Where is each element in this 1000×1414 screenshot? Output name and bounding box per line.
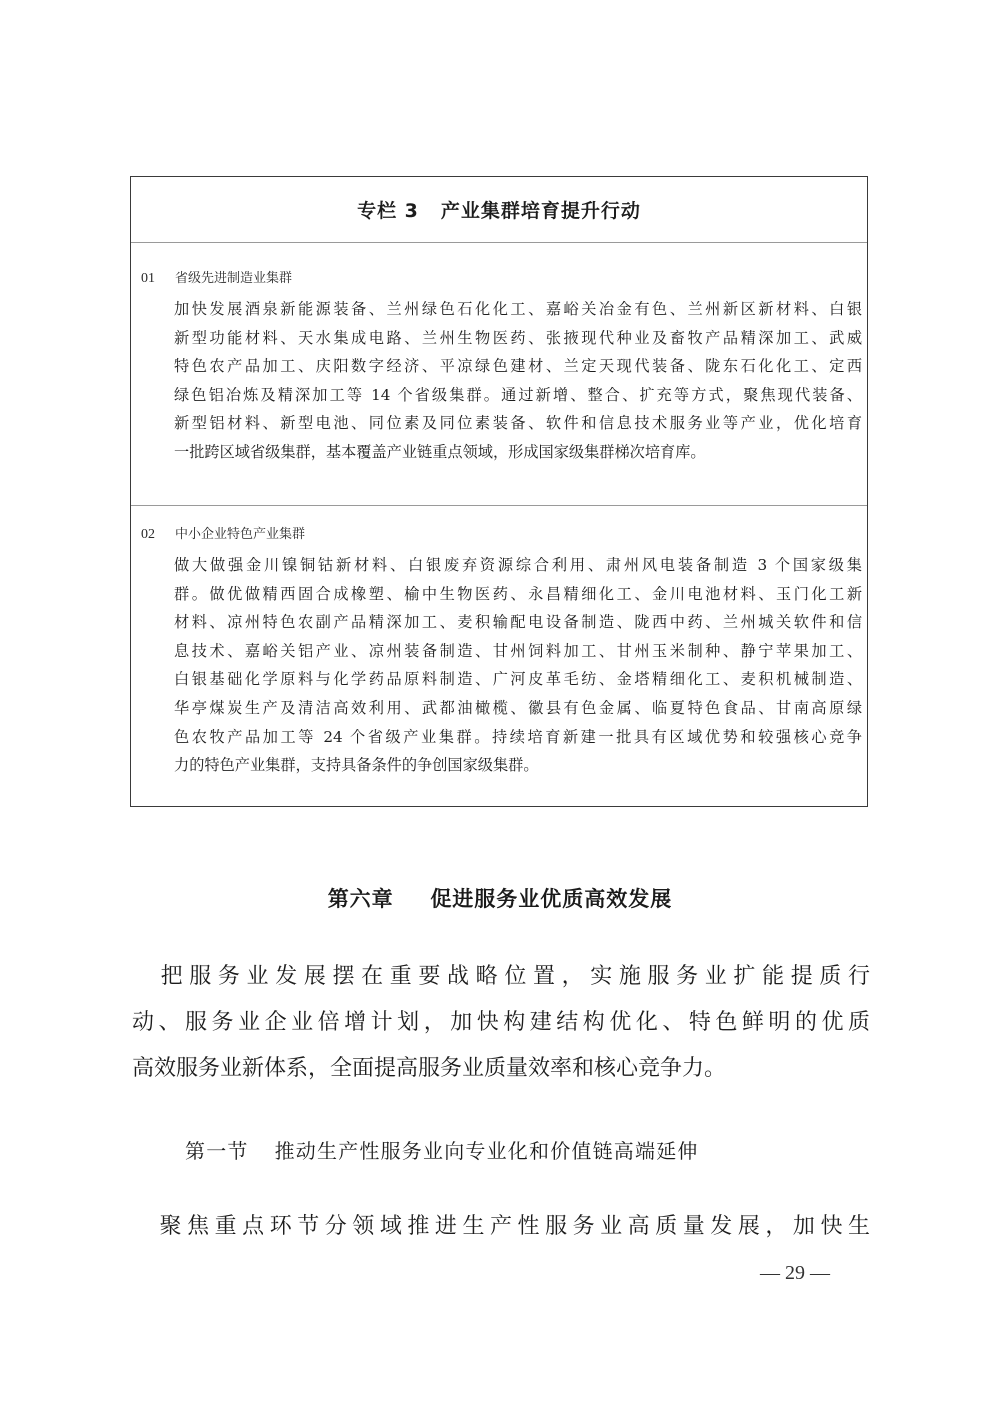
- feature-box-title-prefix: 专栏 3: [357, 196, 419, 223]
- section-title: 第一节推动生产性服务业向专业化和价值链高端延伸: [185, 1135, 699, 1164]
- paragraph-line: 动、服务业企业倍增计划，加快构建结构优化、特色鲜明的优质: [132, 1000, 870, 1046]
- body-line: 色农牧产品加工等 24 个省级产业集群。持续培育新建一批具有区域优势和较强核心竞…: [174, 723, 862, 752]
- body-line: 华亭煤炭生产及清洁高效利用、武都油橄榄、徽县有色金属、临夏特色食品、甘南高原绿: [174, 694, 862, 723]
- feature-section-body: 做大做强金川镍铜钴新材料、白银废弃资源综合利用、肃州风电装备制造 3 个国家级集…: [174, 551, 862, 780]
- feature-section-provincial-clusters: 01省级先进制造业集群 加快发展酒泉新能源装备、兰州绿色石化化工、嘉峪关冶金有色…: [131, 243, 867, 506]
- body-line: 息技术、嘉峪关铝产业、凉州装备制造、甘州饲料加工、甘州玉米制种、静宁苹果加工、: [174, 637, 862, 666]
- feature-box-column-3: 专栏 3 产业集群培育提升行动 01省级先进制造业集群 加快发展酒泉新能源装备、…: [130, 176, 868, 807]
- body-line: 做大做强金川镍铜钴新材料、白银废弃资源综合利用、肃州风电装备制造 3 个国家级集: [174, 551, 862, 580]
- body-line: 白银基础化学原料与化学药品原料制造、广河皮革毛纺、金塔精细化工、麦积机械制造、: [174, 665, 862, 694]
- body-line: 新型铝材料、新型电池、同位素及同位素装备、软件和信息技术服务业等产业，优化培育: [174, 409, 862, 438]
- feature-box-title-text: 产业集群培育提升行动: [441, 196, 641, 223]
- body-line: 力的特色产业集群，支持具备条件的争创国家级集群。: [174, 751, 862, 780]
- feature-section-heading-text: 省级先进制造业集群: [175, 271, 292, 286]
- body-line: 群。做优做精西固合成橡塑、榆中生物医药、永昌精细化工、金川电池材料、玉门化工新: [174, 580, 862, 609]
- section-paragraph: 聚焦重点环节分领域推进生产性服务业高质量发展，加快生: [132, 1204, 870, 1250]
- body-line: 新型功能材料、天水集成电路、兰州生物医药、张掖现代种业及畜牧产品精深加工、武威: [174, 324, 862, 353]
- chapter-title-text: 促进服务业优质高效发展: [430, 887, 672, 911]
- feature-section-heading-text: 中小企业特色产业集群: [175, 527, 305, 542]
- chapter-title: 第六章 促进服务业优质高效发展: [0, 883, 1000, 913]
- feature-box-title: 专栏 3 产业集群培育提升行动: [131, 177, 867, 243]
- feature-section-number: 02: [141, 527, 175, 543]
- feature-section-number: 01: [141, 271, 175, 287]
- paragraph-line: 把服务业发展摆在重要战略位置，实施服务业扩能提质行: [132, 954, 870, 1000]
- chapter-intro-paragraph: 把服务业发展摆在重要战略位置，实施服务业扩能提质行 动、服务业企业倍增计划，加快…: [132, 954, 870, 1092]
- section-label: 第一节: [185, 1139, 249, 1163]
- section-title-text: 推动生产性服务业向专业化和价值链高端延伸: [275, 1139, 699, 1163]
- feature-section-sme-clusters: 02中小企业特色产业集群 做大做强金川镍铜钴新材料、白银废弃资源综合利用、肃州风…: [131, 506, 867, 806]
- body-line: 一批跨区域省级集群，基本覆盖产业链重点领域，形成国家级集群梯次培育库。: [174, 438, 862, 467]
- feature-section-body: 加快发展酒泉新能源装备、兰州绿色石化化工、嘉峪关冶金有色、兰州新区新材料、白银 …: [174, 295, 862, 467]
- feature-section-heading: 02中小企业特色产业集群: [141, 523, 305, 543]
- paragraph-line: 高效服务业新体系，全面提高服务业质量效率和核心竞争力。: [132, 1046, 870, 1092]
- feature-section-heading: 01省级先进制造业集群: [141, 267, 292, 287]
- body-line: 加快发展酒泉新能源装备、兰州绿色石化化工、嘉峪关冶金有色、兰州新区新材料、白银: [174, 295, 862, 324]
- body-line: 材料、凉州特色农副产品精深加工、麦积输配电设备制造、陇西中药、兰州城关软件和信: [174, 608, 862, 637]
- chapter-label: 第六章: [328, 887, 394, 911]
- page-number: — 29 —: [740, 1262, 850, 1285]
- body-line: 绿色铝冶炼及精深加工等 14 个省级集群。通过新增、整合、扩充等方式，聚焦现代装…: [174, 381, 862, 410]
- body-line: 特色农产品加工、庆阳数字经济、平凉绿色建材、兰定天现代装备、陇东石化化工、定西: [174, 352, 862, 381]
- paragraph-line: 聚焦重点环节分领域推进生产性服务业高质量发展，加快生: [132, 1204, 870, 1250]
